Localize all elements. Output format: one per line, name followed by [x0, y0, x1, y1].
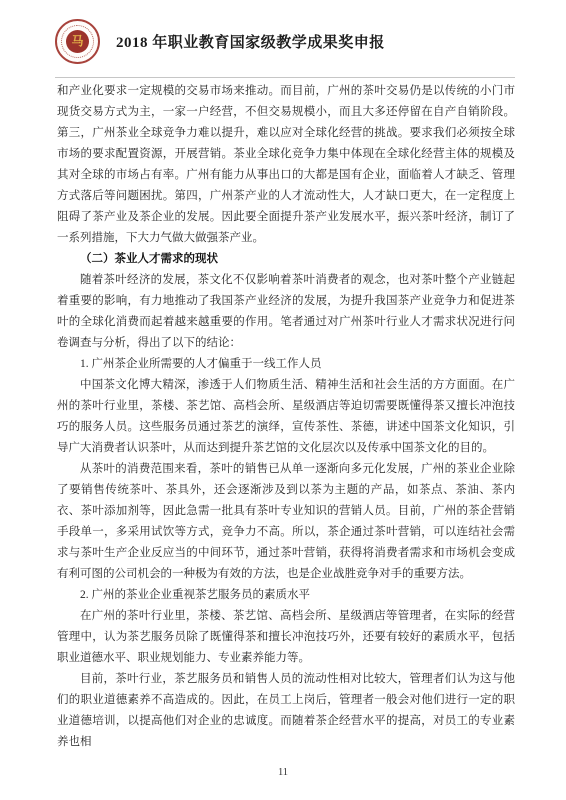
numbered-item: 2. 广州的茶业企业重视茶艺服务员的素质水平: [57, 585, 515, 606]
page-title: 2018 年职业教育国家级教学成果奖申报: [116, 31, 385, 52]
numbered-item: 1. 广州茶企业所需要的人才偏重于一线工作人员: [57, 354, 515, 375]
paragraph: 在广州的茶叶行业里，茶楼、茶艺馆、高档会所、星级酒店等管理者，在实际的经营管理中…: [57, 606, 515, 669]
paragraph: 从茶叶的消费范围来看，茶叶的销售已从单一逐渐向多元化发展，广州的茶业企业除了要销…: [57, 459, 515, 585]
document-body: 和产业化要求一定规模的交易市场来推动。而目前，广州的茶叶交易仍是以传统的小门市现…: [57, 81, 515, 753]
page-header: 马 2018 年职业教育国家级教学成果奖申报: [55, 0, 515, 78]
paragraph: 和产业化要求一定规模的交易市场来推动。而目前，广州的茶叶交易仍是以传统的小门市现…: [57, 81, 515, 249]
school-seal-icon: 马: [55, 19, 100, 64]
paragraph: 目前，茶叶行业，茶艺服务员和销售人员的流动性相对比较大，管理者们认为这与他们的职…: [57, 669, 515, 753]
paragraph: 中国茶文化博大精深，渗透于人们物质生活、精神生活和社会生活的方方面面。在广州的茶…: [57, 375, 515, 459]
section-heading: （二）茶业人才需求的现状: [57, 249, 515, 270]
golden-horse-icon: 马: [66, 30, 89, 53]
page-number: 11: [0, 767, 566, 778]
paragraph: 随着茶叶经济的发展，茶文化不仅影响着茶叶消费者的观念，也对茶叶整个产业链起着重要…: [57, 270, 515, 354]
document-page: 马 2018 年职业教育国家级教学成果奖申报 和产业化要求一定规模的交易市场来推…: [0, 0, 566, 800]
